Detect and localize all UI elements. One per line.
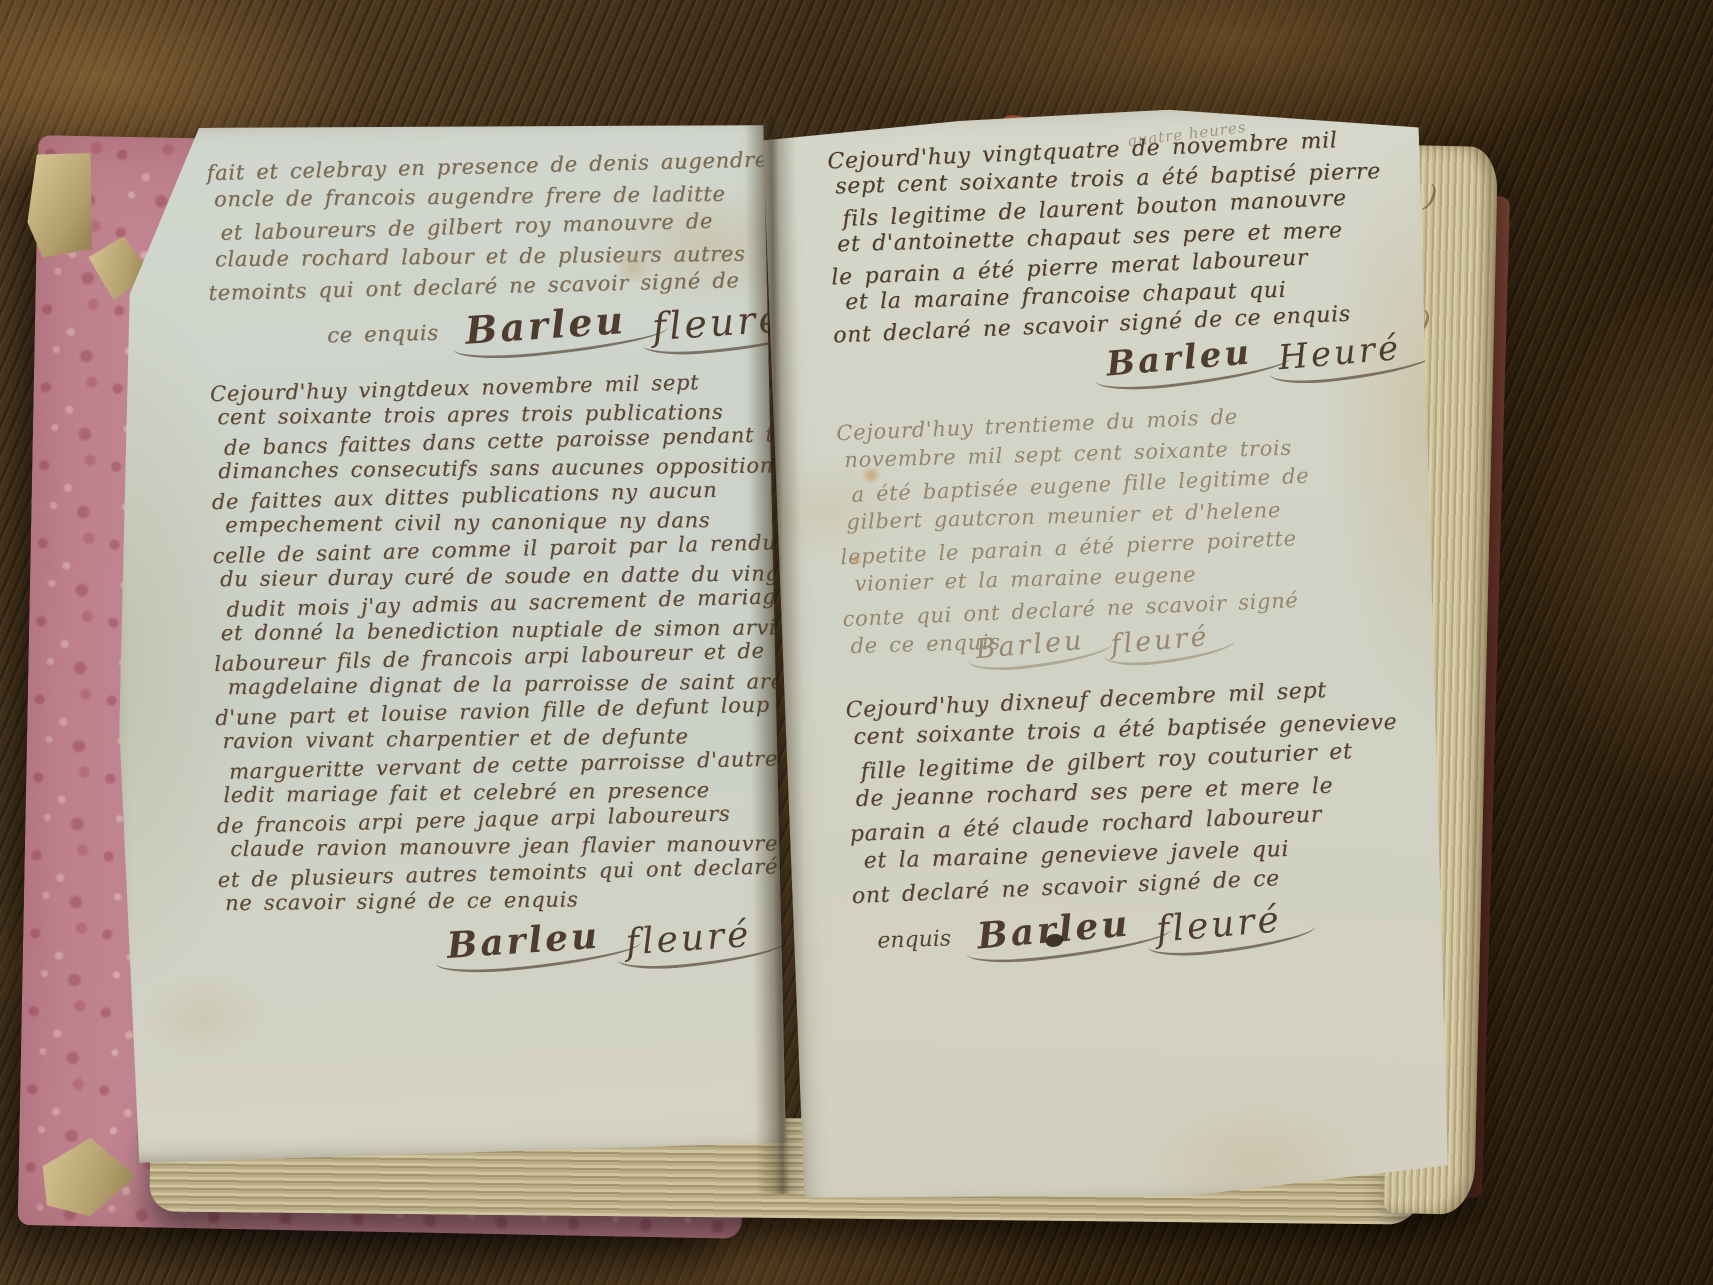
signature-flourish: fleuré	[625, 914, 753, 963]
signature-row: Barleu fleuré	[446, 916, 767, 963]
closing-words: enquis	[877, 926, 952, 953]
record-lines: Cejourd'huy trentieme du mois denovembre…	[836, 397, 1409, 633]
paper-stain	[610, 252, 656, 282]
signature-flourish: fleuré	[1155, 899, 1284, 951]
marriage-record-22-nov-1763: Cejourd'huy vingtdeux novembre mil septc…	[210, 370, 767, 967]
baptism-record-eugene-30-nov-1763: Cejourd'huy trentieme du mois denovembre…	[836, 397, 1410, 667]
closing-words: ce enquis	[327, 318, 439, 351]
right-page: quatre heures Cejourd'huy vingtquatre de…	[762, 101, 1454, 1208]
baptism-record-pierre-24-nov-1763: quatre heures Cejourd'huy vingtquatre de…	[827, 126, 1401, 390]
signature-flourish: Heuré	[1277, 328, 1403, 378]
handwritten-line: ne scavoir signé de ce enquis	[225, 884, 766, 917]
fore-edge-ink-mark: )	[1422, 179, 1440, 216]
marriage-record-fragment: fait et celebray en presence de denis au…	[206, 147, 757, 353]
record-lines: Cejourd'huy dixneuf decembre mil septcen…	[845, 674, 1418, 910]
left-page: fait et celebray en presence de denis au…	[110, 119, 786, 1163]
priest-signature: Barleu	[975, 902, 1132, 957]
fox-stain	[862, 464, 880, 486]
left-page-text-column: fait et celebray en presence de denis au…	[206, 147, 767, 993]
priest-signature: Barleu	[463, 297, 627, 353]
signature-row: ce enquis Barleu fleuré	[327, 299, 758, 351]
right-page-text-column: quatre heures Cejourd'huy vingtquatre de…	[827, 126, 1421, 983]
photo-of-open-parish-register: { "palette": { "wood_dark": "#32230f", "…	[0, 0, 1713, 1285]
signature-row: Barleu Heuré	[1106, 331, 1401, 381]
record-lines: fait et celebray en presence de denis au…	[206, 147, 756, 306]
record-lines: Cejourd'huy vingtquatre de novembre mils…	[827, 126, 1399, 348]
priest-signature: Barleu	[445, 915, 601, 967]
priest-signature: Barleu	[1105, 332, 1254, 384]
record-lines: Cejourd'huy vingtdeux novembre mil septc…	[210, 370, 766, 919]
baptism-record-genevieve-19-dec-1763: Cejourd'huy dixneuf decembre mil septcen…	[845, 674, 1419, 958]
fox-stain	[850, 554, 862, 566]
